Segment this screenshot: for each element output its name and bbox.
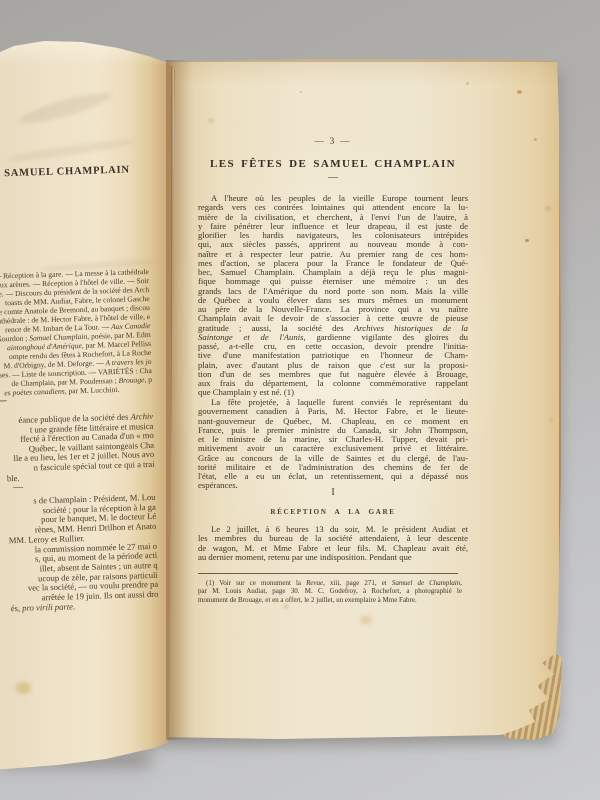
text-line: monument de Brouage, et en a offert, le … xyxy=(198,596,462,604)
body-paragraph-1: A l'heure où les peuples de la vieille E… xyxy=(198,194,468,398)
right-page-content: — 3 — LES FÊTES DE SAMUEL CHAMPLAIN — A … xyxy=(198,59,468,740)
chapter-title: LES FÊTES DE SAMUEL CHAMPLAIN xyxy=(198,158,468,170)
committee-block: s de Champlain : Président, M. Lousociét… xyxy=(0,493,159,616)
body-paragraph-2: La fête projetée, à laquelle furent conv… xyxy=(198,398,468,491)
left-page: ES DE SAMUEL CHAMPLAIN — — Réception à l… xyxy=(0,36,178,778)
right-page: — 3 — LES FÊTES DE SAMUEL CHAMPLAIN — A … xyxy=(158,59,562,740)
footnote-block: (1) Voir sur ce monument la Revue, xiii,… xyxy=(198,579,462,604)
text-line: par M. Louis Audiat, page 30. M. C. Gode… xyxy=(198,587,462,595)
text-line: au dernier moment, retenu par une indisp… xyxy=(198,553,468,562)
left-page-title-fragment: ES DE SAMUEL CHAMPLAIN xyxy=(0,165,130,181)
title-divider: — xyxy=(198,172,468,183)
section-heading: RÉCEPTION A LA GARE xyxy=(198,508,468,516)
intro-block: éance publique de la société des Archivt… xyxy=(0,412,155,486)
section-numeral: I xyxy=(198,487,468,498)
footnote-rule xyxy=(198,573,458,574)
text-line: és, pro virili parte. xyxy=(0,600,159,617)
page-number: — 3 — xyxy=(198,136,468,146)
text-line: (1) Voir sur ce monument la Revue, xiii,… xyxy=(198,579,462,587)
toc-block: — Réception à la gare. — La messe à la c… xyxy=(0,267,152,400)
left-page-content: ES DE SAMUEL CHAMPLAIN — — Réception à l… xyxy=(0,36,164,784)
body-paragraph-3: Le 2 juillet, à 6 heures 13 du soir, M. … xyxy=(198,525,468,562)
photo-background: — 3 — LES FÊTES DE SAMUEL CHAMPLAIN — A … xyxy=(0,0,600,800)
text-line: l'état, elle a eu un éclat, un retentiss… xyxy=(198,472,468,481)
left-page-rule xyxy=(0,400,7,402)
left-divider-2: — xyxy=(13,482,23,493)
